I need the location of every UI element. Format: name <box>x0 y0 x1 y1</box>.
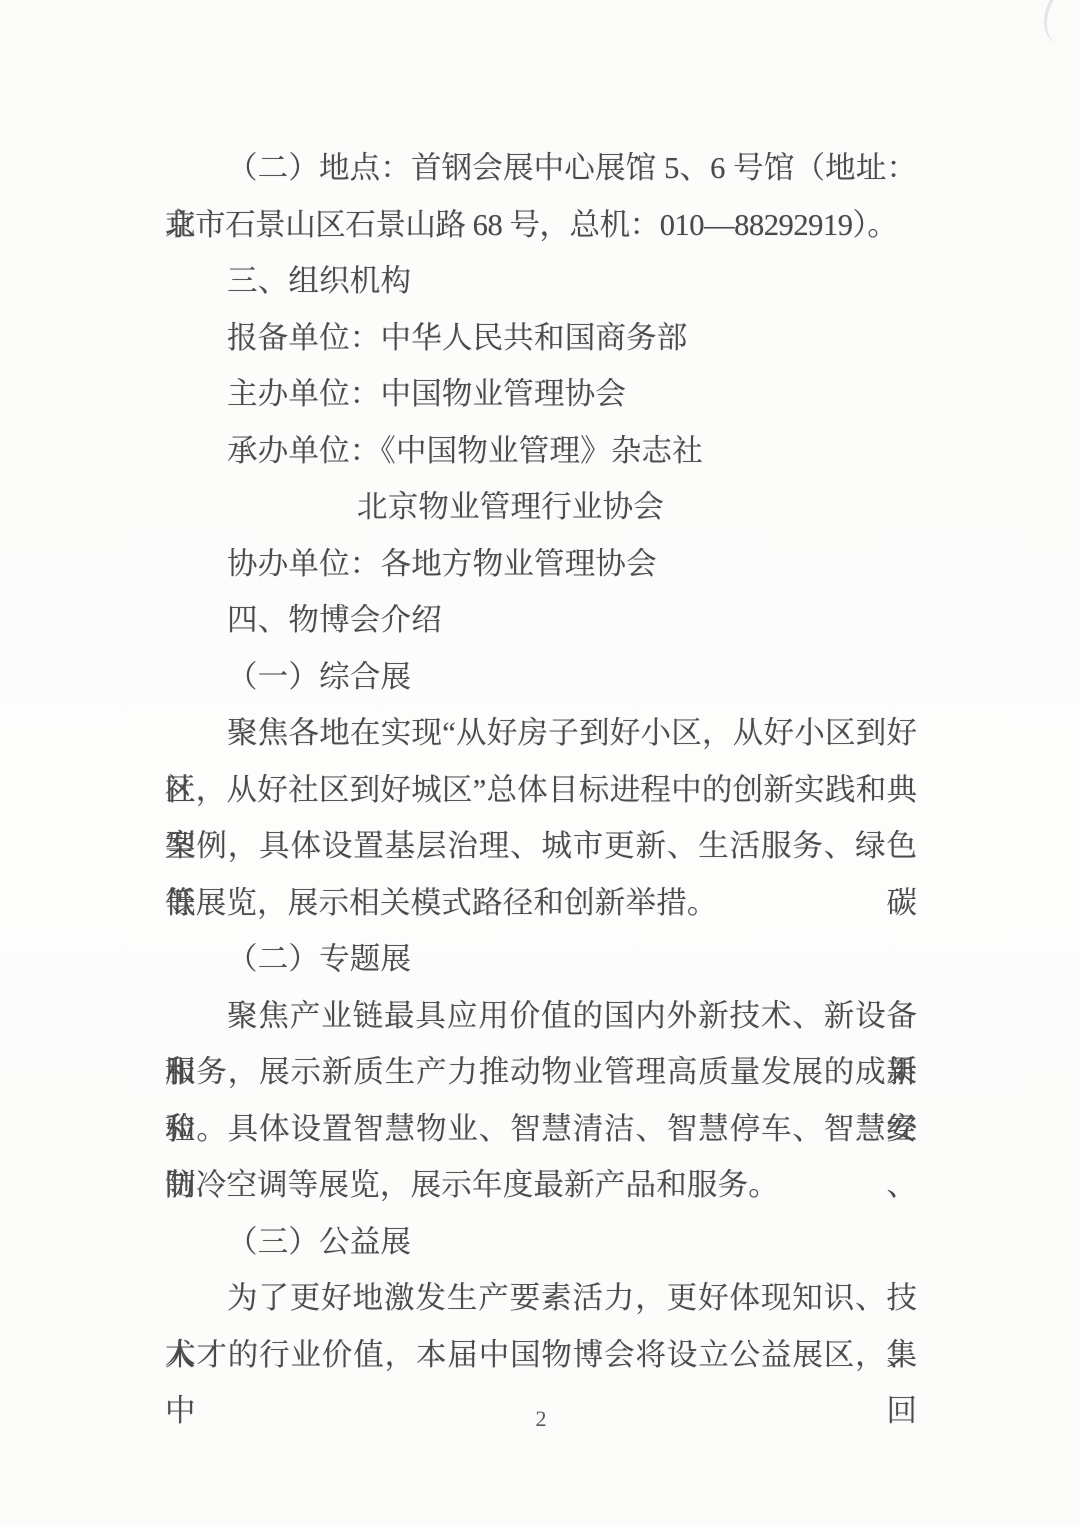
document-body: （二）地点：首钢会展中心展馆 5、6 号馆（地址：北 京市石景山区石景山路 68… <box>165 140 917 1383</box>
text-line: 北京物业管理行业协会 <box>165 479 917 536</box>
text-line: 人才的行业价值，本届中国物博会将设立公益展区，集中回 <box>165 1327 917 1384</box>
text-line: 案例，具体设置基层治理、城市更新、生活服务、绿色低碳 <box>165 818 917 875</box>
section-heading: 三、组织机构 <box>165 253 917 310</box>
text-line: 京市石景山区石景山路 68 号，总机：010—88292919）。 <box>165 197 917 254</box>
text-line: 验。具体设置智慧物业、智慧清洁、智慧停车、智慧安防、 <box>165 1101 917 1158</box>
text-line: 为了更好地激发生产要素活力，更好体现知识、技术、 <box>165 1270 917 1327</box>
text-line: 聚焦各地在实现“从好房子到好小区，从好小区到好社 <box>165 705 917 762</box>
text-line: 协办单位：各地方物业管理协会 <box>165 536 917 593</box>
subsection-heading: （一）综合展 <box>165 649 917 706</box>
subsection-heading: （二）专题展 <box>165 931 917 988</box>
text-line: 报备单位：中华人民共和国商务部 <box>165 310 917 367</box>
text-line: 主办单位：中国物业管理协会 <box>165 366 917 423</box>
text-line: 承办单位：《中国物业管理》杂志社 <box>165 423 917 480</box>
section-heading: 四、物博会介绍 <box>165 592 917 649</box>
text-line: （二）地点：首钢会展中心展馆 5、6 号馆（地址：北 <box>165 140 917 197</box>
page-number: 2 <box>165 1402 917 1436</box>
scan-smudge <box>1037 0 1080 51</box>
text-line: 区，从好社区到好城区”总体目标进程中的创新实践和典型 <box>165 762 917 819</box>
text-line: 服务，展示新质生产力推动物业管理高质量发展的成果和经 <box>165 1044 917 1101</box>
subsection-heading: （三）公益展 <box>165 1214 917 1271</box>
text-line: 聚焦产业链最具应用价值的国内外新技术、新设备和新 <box>165 988 917 1045</box>
document-page: （二）地点：首钢会展中心展馆 5、6 号馆（地址：北 京市石景山区石景山路 68… <box>0 0 1080 1527</box>
